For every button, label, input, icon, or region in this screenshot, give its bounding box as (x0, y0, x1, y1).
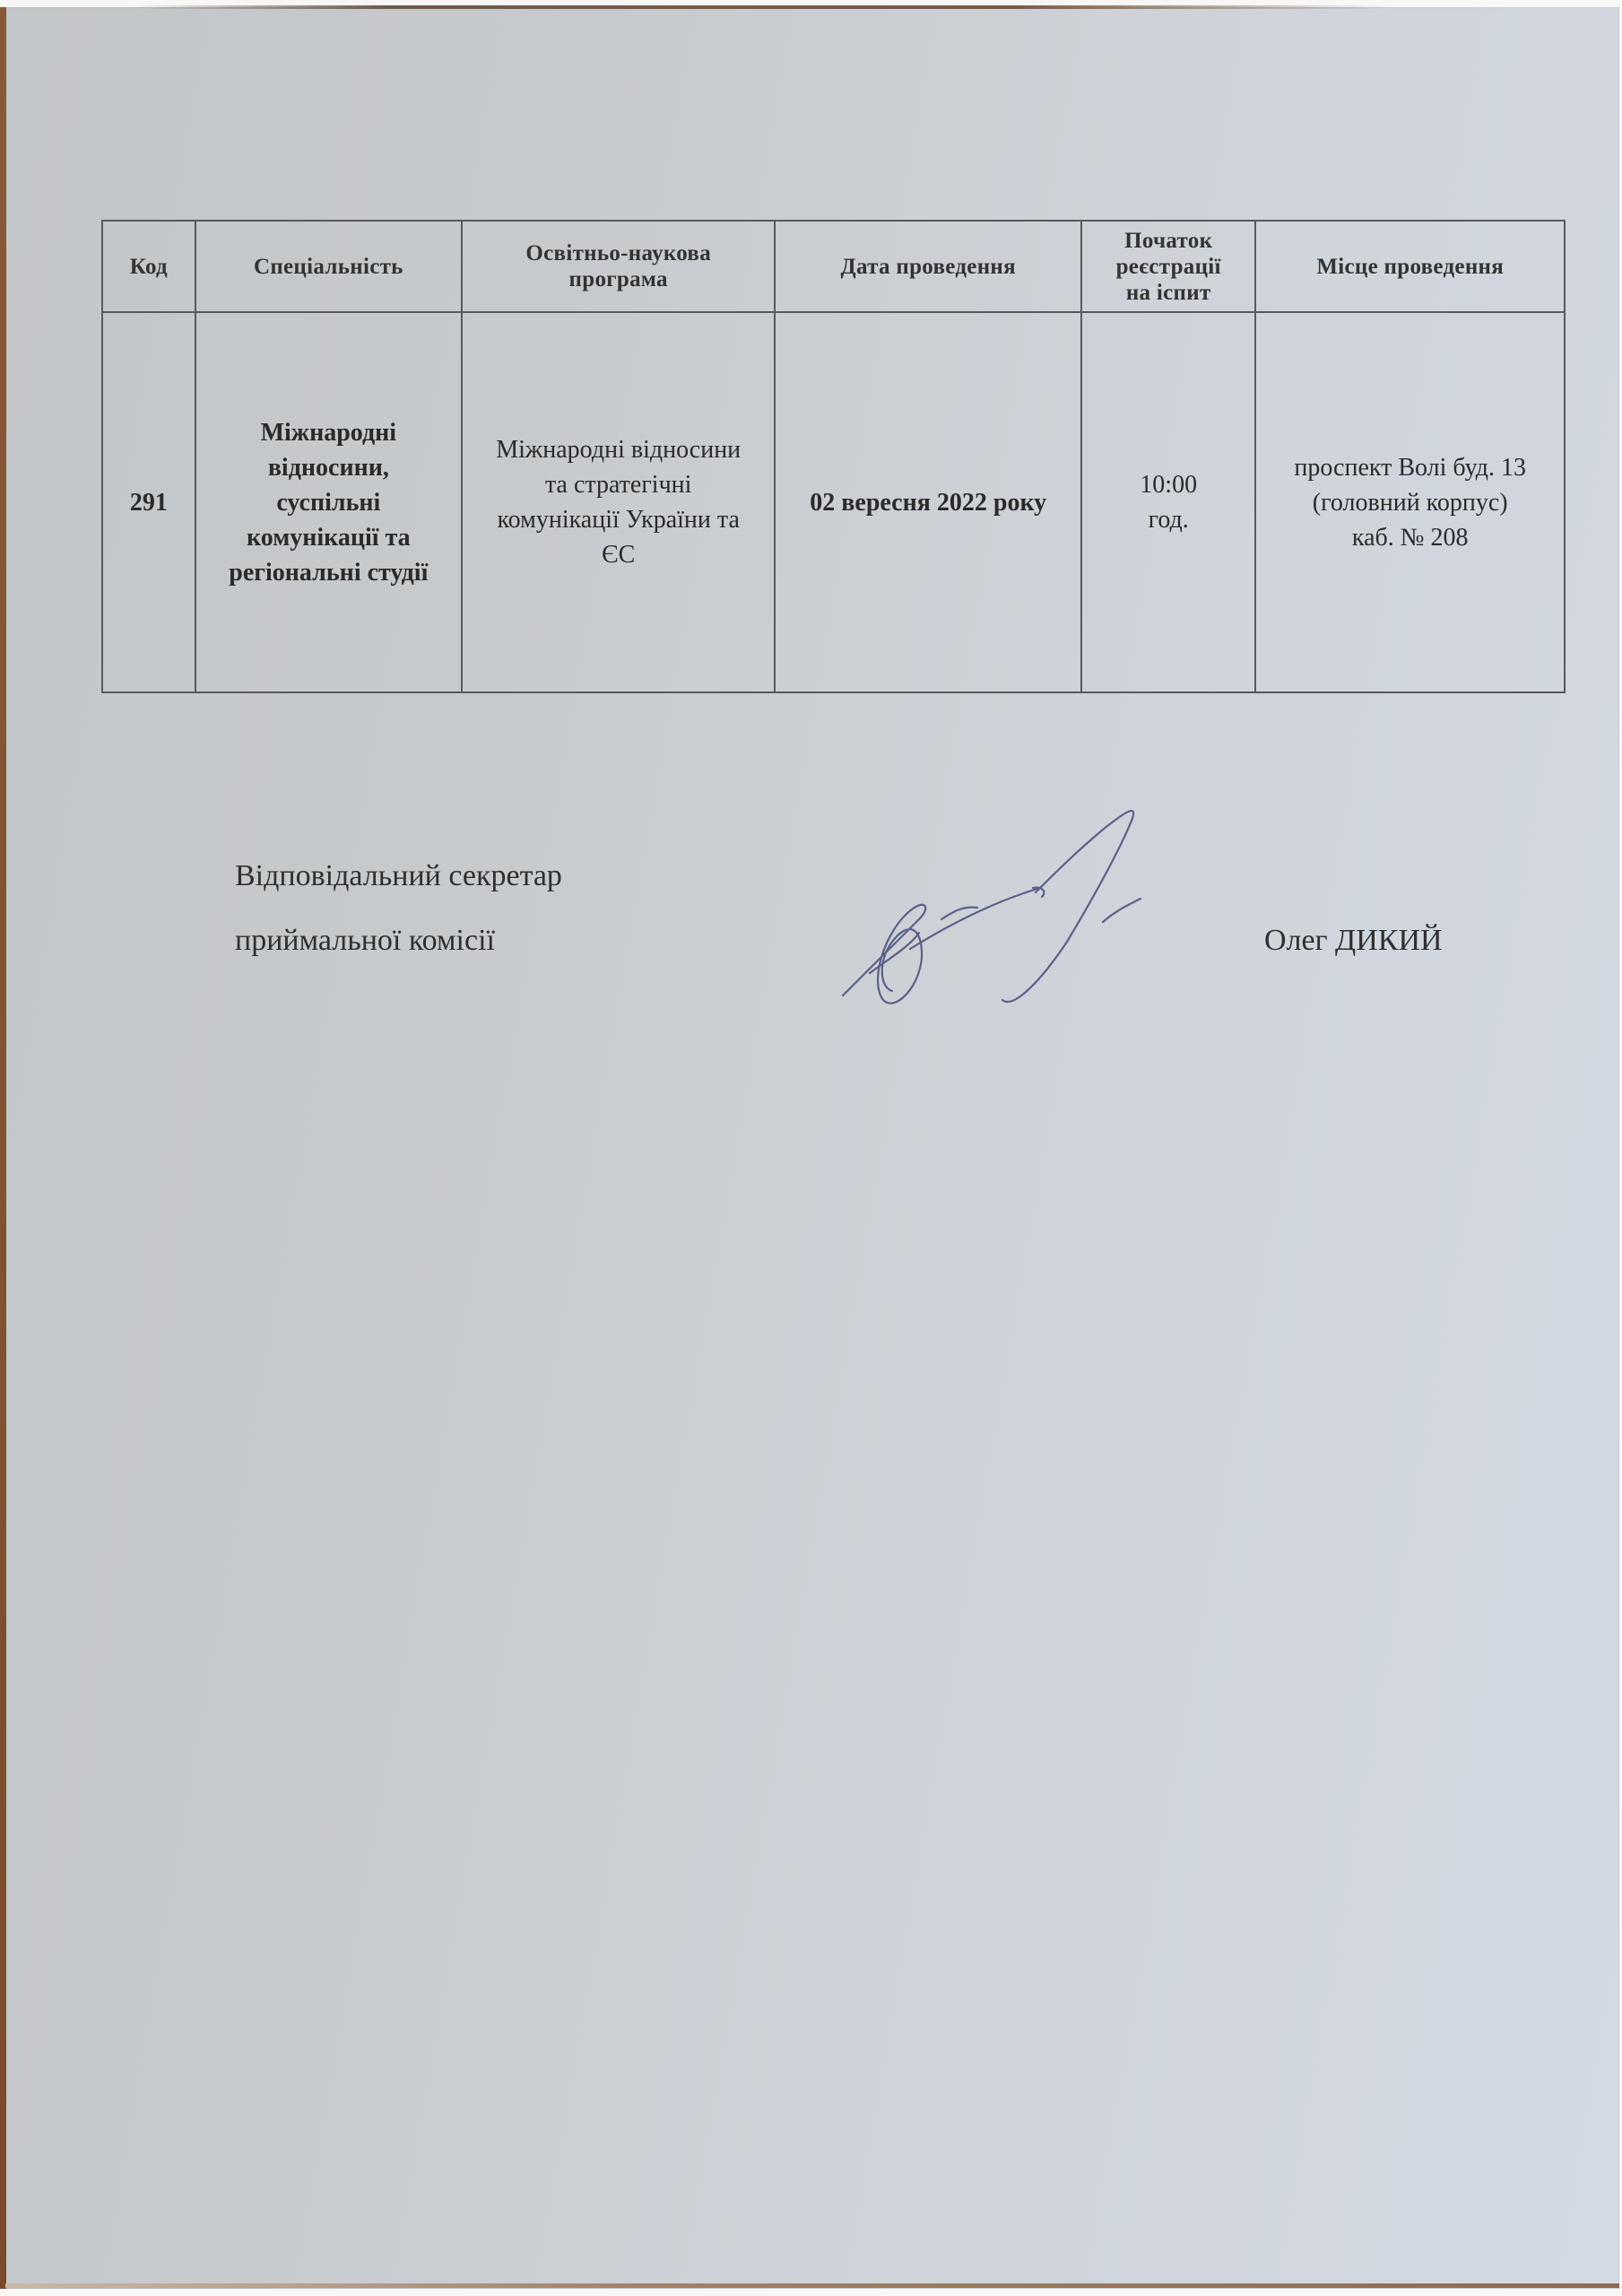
cell-program: Міжнародні відносини та стратегічні кому… (462, 312, 776, 692)
table-row: 291 Міжнародні відносини, суспільні кому… (102, 312, 1565, 692)
table-header-row: Код Спеціальність Освітньо-наукова прогр… (102, 221, 1565, 312)
paper-edge-left (0, 7, 6, 2289)
header-code: Код (102, 221, 195, 312)
paper-edge-bottom (5, 2283, 1619, 2288)
signatory-name: Олег ДИКИЙ (1264, 924, 1443, 958)
cell-location: проспект Волі буд. 13 (головний корпус) … (1255, 312, 1565, 692)
header-registration-start: Початок реєстрації на іспит (1081, 221, 1255, 312)
header-location: Місце проведення (1255, 221, 1565, 312)
cell-registration-start: 10:00 год. (1081, 312, 1255, 692)
header-program: Освітньо-наукова програма (462, 221, 776, 312)
signatory-title-line1: Відповідальний секретар (235, 859, 562, 893)
handwritten-signature-icon (807, 789, 1210, 1013)
exam-schedule-table: Код Спеціальність Освітньо-наукова прогр… (101, 220, 1566, 693)
cell-date: 02 вересня 2022 року (775, 312, 1081, 692)
header-specialty: Спеціальність (195, 221, 462, 312)
header-date: Дата проведення (775, 221, 1081, 312)
cell-specialty: Міжнародні відносини, суспільні комуніка… (195, 312, 462, 692)
paper-edge-top (134, 5, 1390, 9)
cell-code: 291 (102, 312, 195, 692)
signatory-title-line2: приймальної комісії (235, 924, 495, 958)
